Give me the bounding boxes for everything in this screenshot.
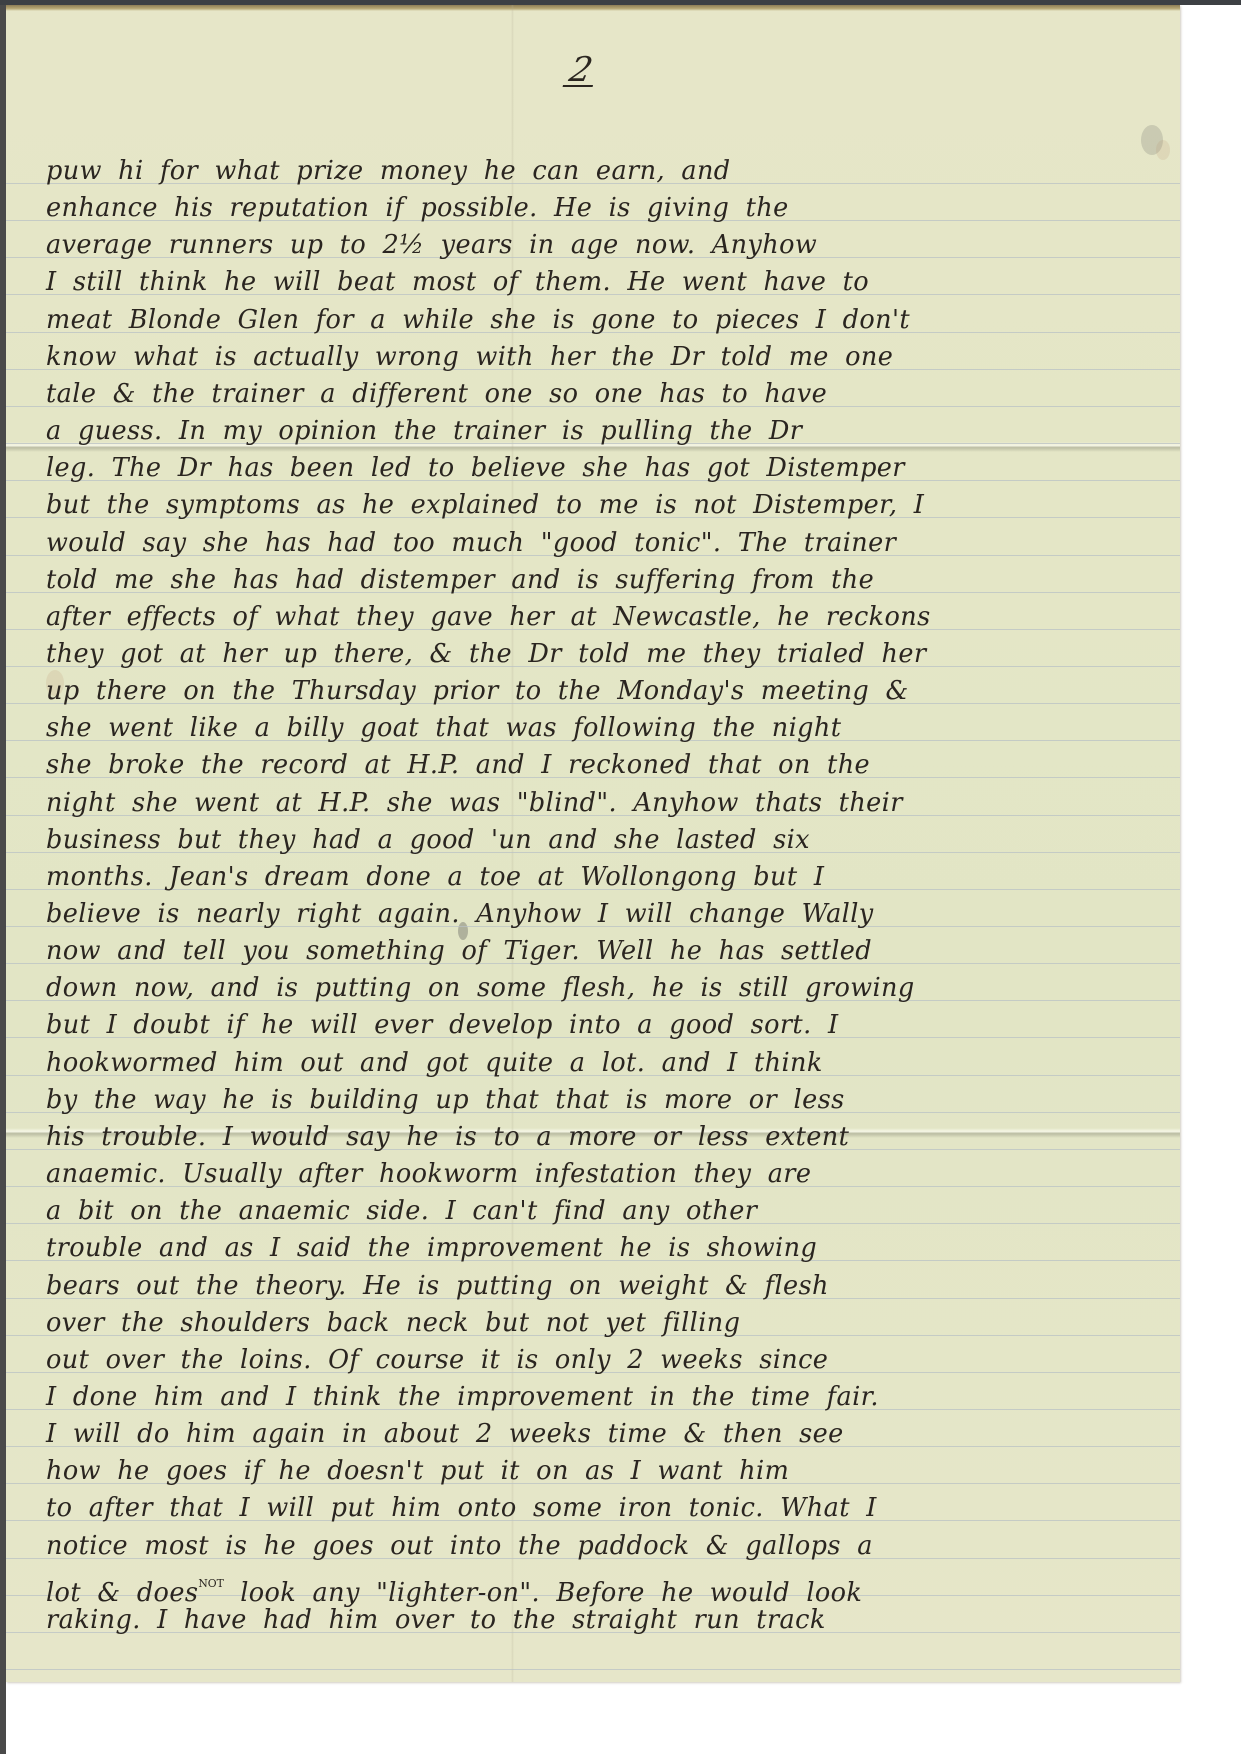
- handwritten-line: I will do him again in about 2 weeks tim…: [46, 1416, 1136, 1453]
- handwritten-line: leg. The Dr has been led to believe she …: [46, 450, 1136, 487]
- handwritten-line: she broke the record at H.P. and I recko…: [46, 747, 1136, 784]
- handwritten-line: puw hi for what prize money he can earn,…: [46, 153, 1136, 190]
- handwritten-line: up there on the Thursday prior to the Mo…: [46, 673, 1136, 710]
- handwritten-line: months. Jean's dream done a toe at Wollo…: [46, 859, 1136, 896]
- handwritten-line: enhance his reputation if possible. He i…: [46, 190, 1136, 227]
- scanned-letter-page: 2 puw hi for what prize money he can ear…: [0, 0, 1241, 1754]
- handwritten-line: night she went at H.P. she was "blind". …: [46, 785, 1136, 822]
- handwritten-line: after effects of what they gave her at N…: [46, 599, 1136, 636]
- handwritten-line: but I doubt if he will ever develop into…: [46, 1007, 1136, 1044]
- page-number: 2: [563, 55, 599, 87]
- handwritten-line: know what is actually wrong with her the…: [46, 339, 1136, 376]
- handwritten-line: down now, and is putting on some flesh, …: [46, 970, 1136, 1007]
- handwritten-line: by the way he is building up that that i…: [46, 1082, 1136, 1119]
- paper-torn-top-edge: [6, 5, 1180, 11]
- handwritten-line: to after that I will put him onto some i…: [46, 1490, 1136, 1527]
- handwritten-line: anaemic. Usually after hookworm infestat…: [46, 1156, 1136, 1193]
- handwritten-line: would say she has had too much "good ton…: [46, 525, 1136, 562]
- handwritten-line: average runners up to 2½ years in age no…: [46, 227, 1136, 264]
- handwritten-line: a bit on the anaemic side. I can't find …: [46, 1193, 1136, 1230]
- handwritten-line: I done him and I think the improvement i…: [46, 1379, 1136, 1416]
- handwritten-line: business but they had a good 'un and she…: [46, 822, 1136, 859]
- handwritten-line: she went like a billy goat that was foll…: [46, 710, 1136, 747]
- handwritten-line: but the symptoms as he explained to me i…: [46, 487, 1136, 524]
- handwritten-line: told me she has had distemper and is suf…: [46, 562, 1136, 599]
- handwritten-line: a guess. In my opinion the trainer is pu…: [46, 413, 1136, 450]
- inserted-word-not: NOT: [198, 1577, 224, 1590]
- handwritten-line: over the shoulders back neck but not yet…: [46, 1305, 1136, 1342]
- handwritten-line: believe is nearly right again. Anyhow I …: [46, 896, 1136, 933]
- handwritten-line: how he goes if he doesn't put it on as I…: [46, 1453, 1136, 1490]
- handwritten-line: they got at her up there, & the Dr told …: [46, 636, 1136, 673]
- handwritten-line: hookwormed him out and got quite a lot. …: [46, 1045, 1136, 1082]
- handwritten-line: notice most is he goes out into the padd…: [46, 1528, 1136, 1565]
- handwritten-line: now and tell you something of Tiger. Wel…: [46, 933, 1136, 970]
- handwritten-line: meat Blonde Glen for a while she is gone…: [46, 302, 1136, 339]
- handwritten-line: lot & doesNOT look any "lighter-on". Bef…: [46, 1565, 1136, 1602]
- handwritten-line: I still think he will beat most of them.…: [46, 264, 1136, 301]
- ruled-line: [6, 1669, 1180, 1670]
- handwritten-line: out over the loins. Of course it is only…: [46, 1342, 1136, 1379]
- handwritten-line: tale & the trainer a different one so on…: [46, 376, 1136, 413]
- handwritten-line: raking. I have had him over to the strai…: [46, 1602, 1136, 1639]
- letter-paper-sheet: 2 puw hi for what prize money he can ear…: [6, 5, 1180, 1682]
- paper-stain: [1156, 140, 1170, 160]
- handwritten-line: his trouble. I would say he is to a more…: [46, 1119, 1136, 1156]
- handwritten-line: bears out the theory. He is putting on w…: [46, 1268, 1136, 1305]
- handwritten-line: trouble and as I said the improvement he…: [46, 1230, 1136, 1267]
